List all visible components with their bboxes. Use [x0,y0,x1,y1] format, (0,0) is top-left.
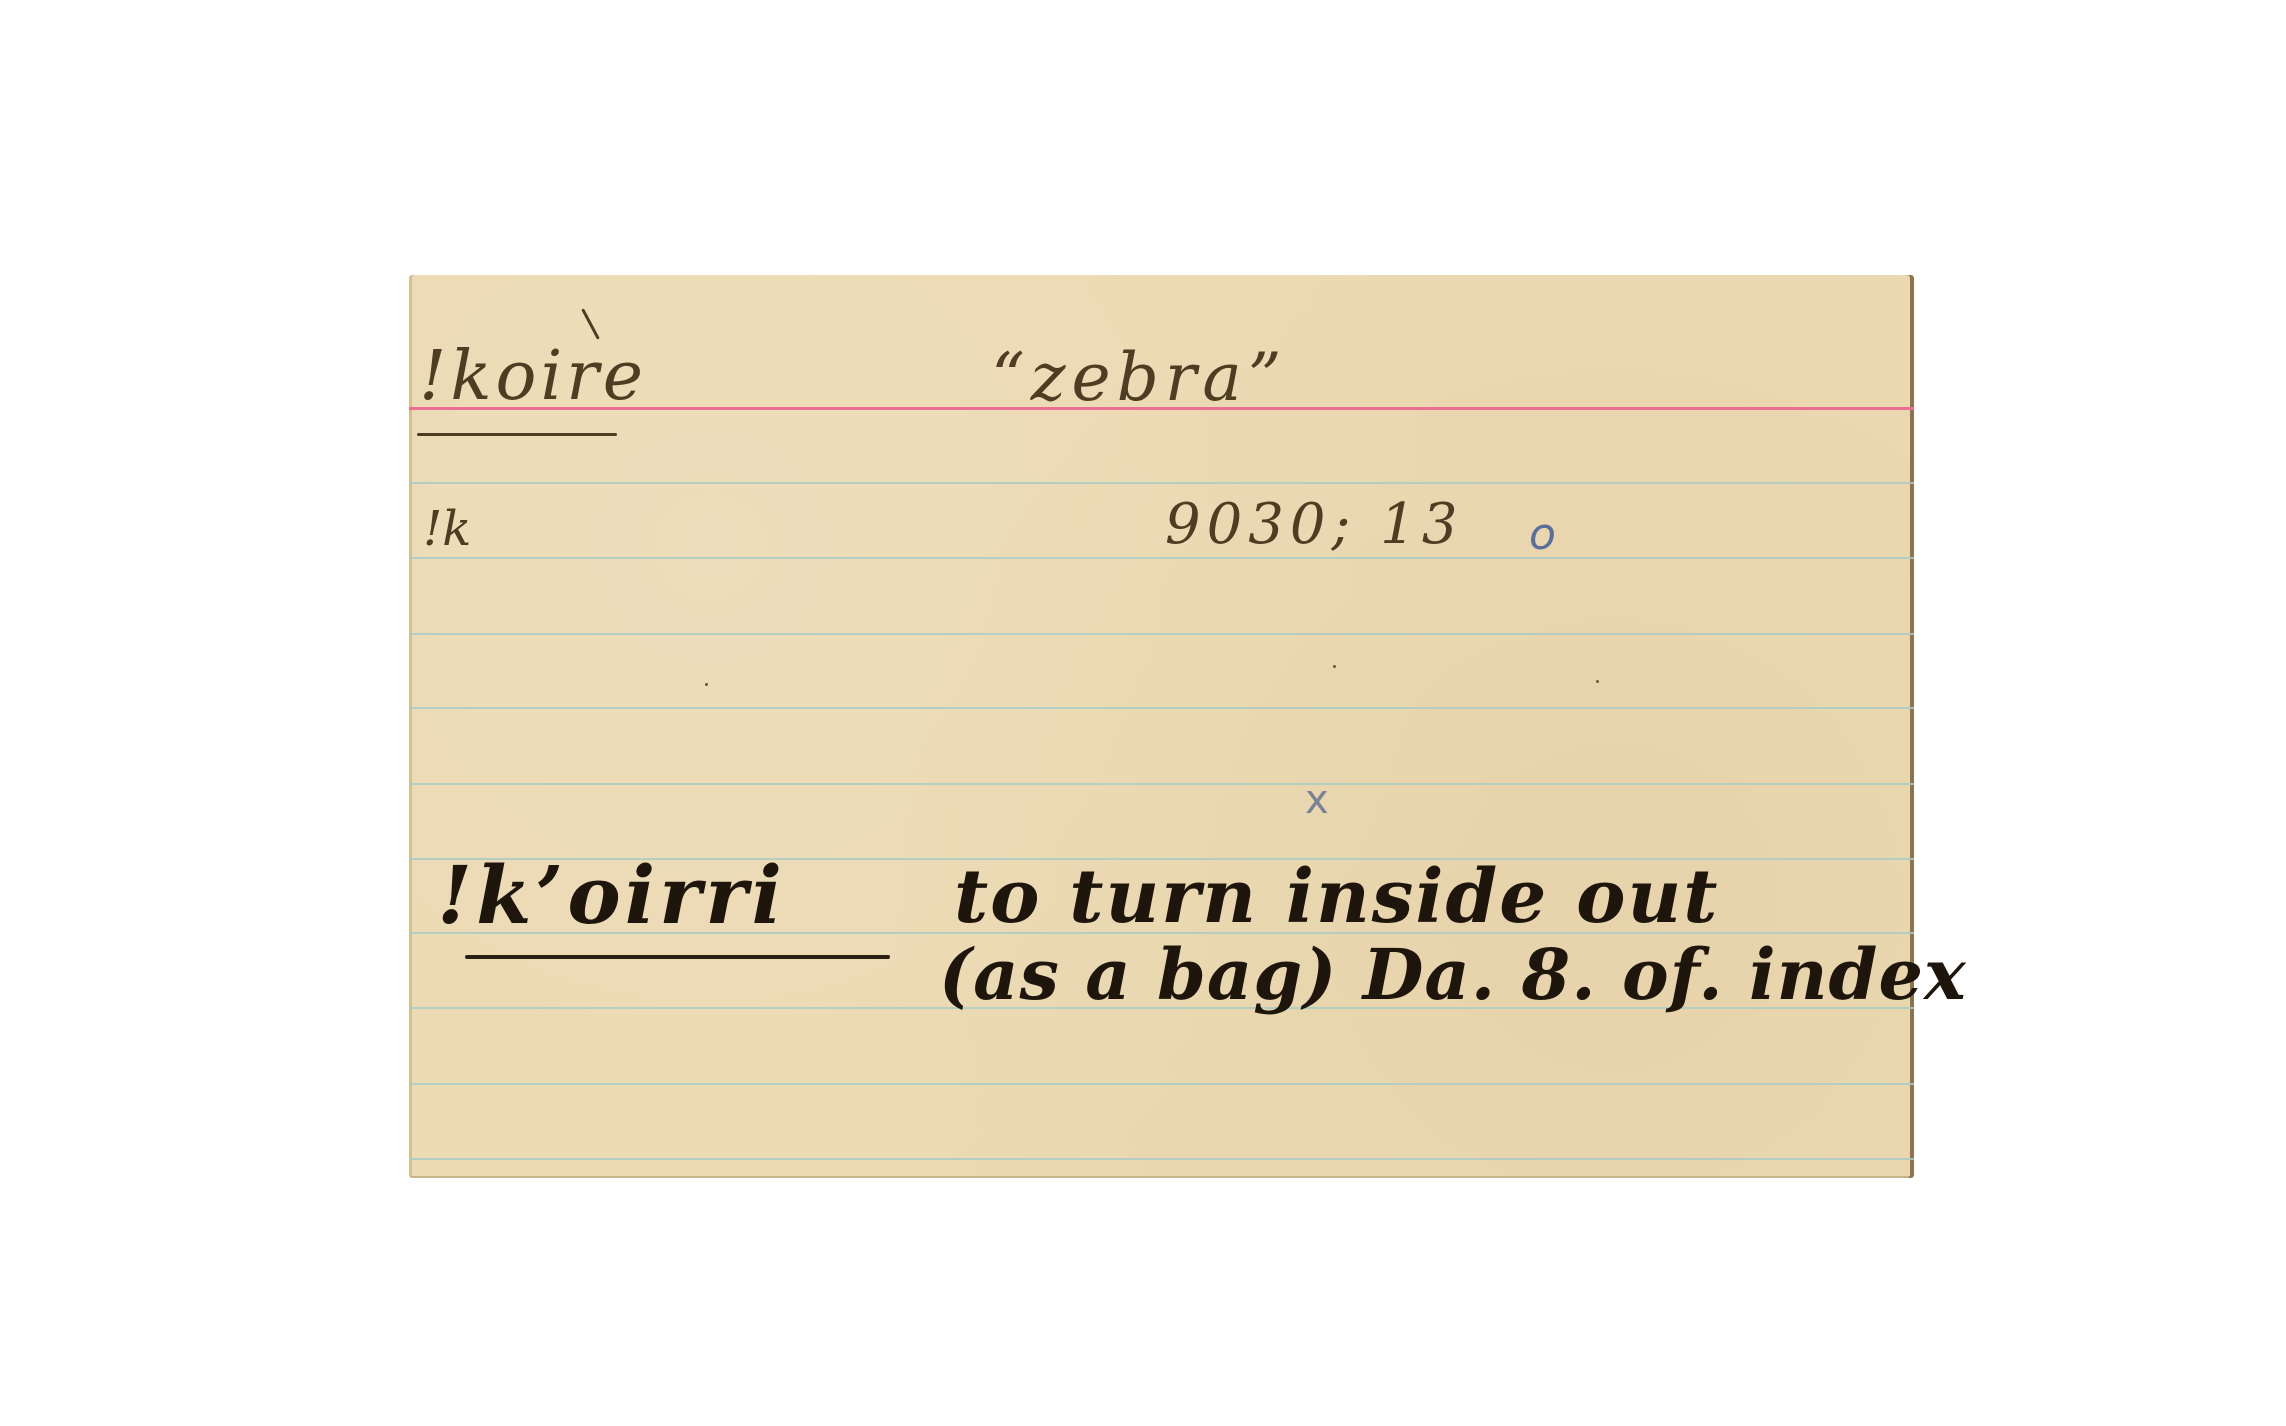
ruled-line [409,783,1914,785]
entry-definition-line2: (as a bag) Da. 8. of. index [939,940,1967,1010]
header-headword: !koire [419,343,647,411]
paper-speck [705,683,708,686]
entry-headword: !k’oirri [437,855,786,935]
ruled-line [409,1158,1914,1160]
ruled-line [409,633,1914,635]
pencil-cross-mark: x [1305,780,1329,820]
reference-citation: 9030; 13 [1165,497,1463,553]
ruled-line [409,707,1914,709]
paper-speck [1596,680,1599,683]
ruled-line [409,482,1914,484]
ruled-line [409,1083,1914,1085]
entry-headword-underline [465,955,890,959]
index-card: !koire “zebra” !k 9030; 13 o x !k’oirri … [409,275,1914,1178]
header-gloss: “zebra” [991,345,1287,411]
ruled-line [409,557,1914,559]
blue-pencil-mark: o [1529,513,1556,557]
grave-accent-mark [581,308,600,339]
reference-initial: !k [423,505,471,553]
paper-speck [1333,665,1336,668]
entry-definition-line1: to turn inside out [954,860,1719,934]
header-headword-underline [417,433,617,436]
